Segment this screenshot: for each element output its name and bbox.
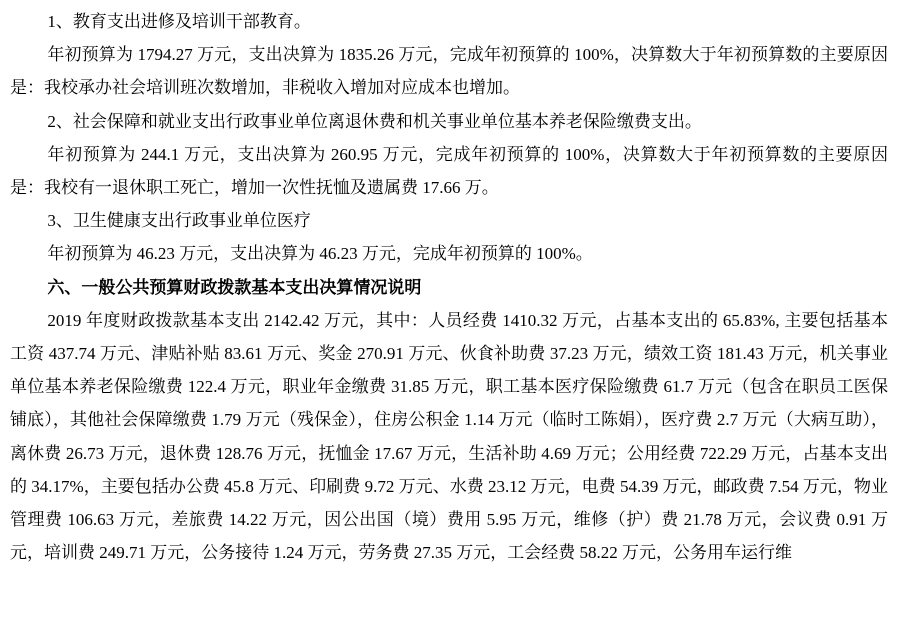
basic-expenditure-detail-paragraph: 2019 年度财政拨款基本支出 2142.42 万元，其中：人员经费 1410.… bbox=[10, 304, 888, 570]
list-item-social-security-expenditure: 2、社会保障和就业支出行政事业单位离退休费和机关事业单位基本养老保险缴费支出。 bbox=[10, 105, 888, 138]
list-item-education-expenditure: 1、教育支出进修及培训干部教育。 bbox=[10, 5, 888, 38]
document-page: 1、教育支出进修及培训干部教育。 年初预算为 1794.27 万元，支出决算为 … bbox=[0, 0, 898, 635]
education-budget-paragraph: 年初预算为 1794.27 万元，支出决算为 1835.26 万元，完成年初预算… bbox=[10, 38, 888, 104]
list-item-health-expenditure: 3、卫生健康支出行政事业单位医疗 bbox=[10, 204, 888, 237]
health-budget-paragraph: 年初预算为 46.23 万元，支出决算为 46.23 万元，完成年初预算的 10… bbox=[10, 237, 888, 270]
section-heading-basic-expenditure: 六、一般公共预算财政拨款基本支出决算情况说明 bbox=[10, 271, 888, 304]
social-security-budget-paragraph: 年初预算为 244.1 万元，支出决算为 260.95 万元，完成年初预算的 1… bbox=[10, 138, 888, 204]
